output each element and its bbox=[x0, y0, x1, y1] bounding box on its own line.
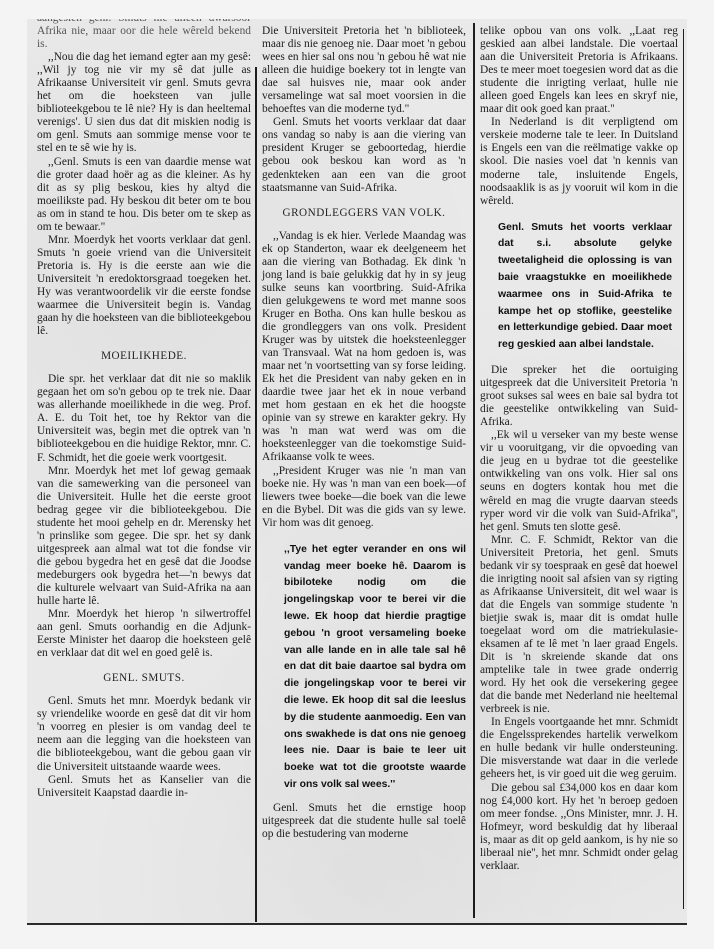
section-heading-moeilikhede: MOEILIKHEDE. bbox=[37, 350, 251, 363]
paragraph: Genl. Smuts het mnr. Moerdyk bedank vir … bbox=[37, 695, 251, 773]
paragraph: Die gebou sal £34,000 kos en daar kom no… bbox=[480, 782, 678, 873]
paragraph: Genl. Smuts het voorts verklaar dat daar… bbox=[262, 116, 466, 194]
paragraph: ,,Genl. Smuts is een van daardie mense w… bbox=[37, 156, 251, 234]
right-edge-rule bbox=[683, 29, 684, 909]
paragraph: Genl. Smuts het as Kanselier van die Uni… bbox=[37, 774, 251, 800]
newspaper-clipping: aangesien genl. Smuts nie alleen dwarsoo… bbox=[27, 19, 687, 925]
pull-quote: ,,Tye het egter verander en ons wil vand… bbox=[284, 542, 466, 794]
paragraph: Mnr. Moerdyk het met lof gewag gemaak va… bbox=[37, 465, 251, 609]
paragraph: telike opbou van ons volk. ,,Laat reg ge… bbox=[480, 25, 678, 116]
column-2: Die Universiteit Pretoria het 'n bibliot… bbox=[262, 19, 466, 841]
paragraph: Mnr. C. F. Schmidt, Rektor van die Unive… bbox=[480, 534, 678, 717]
column-divider bbox=[255, 67, 257, 922]
bottom-rule bbox=[27, 923, 687, 925]
section-heading-grondleggers: GRONDLEGGERS VAN VOLK. bbox=[262, 207, 466, 220]
column-3: telike opbou van ons volk. ,,Laat reg ge… bbox=[480, 19, 678, 873]
paragraph: In Nederland is dit verpligtend om versk… bbox=[480, 116, 678, 207]
paragraph: Genl. Smuts het die ernstige hoop uitges… bbox=[262, 802, 466, 841]
section-heading-genl-smuts: GENL. SMUTS. bbox=[37, 672, 251, 685]
column-divider bbox=[473, 23, 475, 918]
paragraph: Mnr. Moerdyk het voorts verklaar dat gen… bbox=[37, 234, 251, 338]
paragraph: aangesien genl. Smuts nie alleen dwarsoo… bbox=[37, 19, 251, 51]
paragraph: Die spr. het verklaar dat dit nie so mak… bbox=[37, 373, 251, 464]
pull-quote: Genl. Smuts het voorts verklaar dat s.i.… bbox=[498, 220, 672, 354]
paragraph: ,,Vandag is ek hier. Verlede Maandag was… bbox=[262, 230, 466, 465]
paragraph: In Engels voortgaande het mnr. Schmidt d… bbox=[480, 716, 678, 781]
column-1: aangesien genl. Smuts nie alleen dwarsoo… bbox=[37, 19, 251, 800]
paragraph: Mnr. Moerdyk het hierop 'n silwertroffel… bbox=[37, 608, 251, 660]
paragraph: ,,President Kruger was nie 'n man van bo… bbox=[262, 465, 466, 530]
paragraph: Die Universiteit Pretoria het 'n bibliot… bbox=[262, 25, 466, 116]
paragraph: ,,Ek wil u verseker van my beste wense v… bbox=[480, 429, 678, 533]
paragraph: ,,Nou die dag het iemand egter aan my ge… bbox=[37, 51, 251, 155]
paragraph: Die spreker het die oortuiging uitgespre… bbox=[480, 364, 678, 429]
